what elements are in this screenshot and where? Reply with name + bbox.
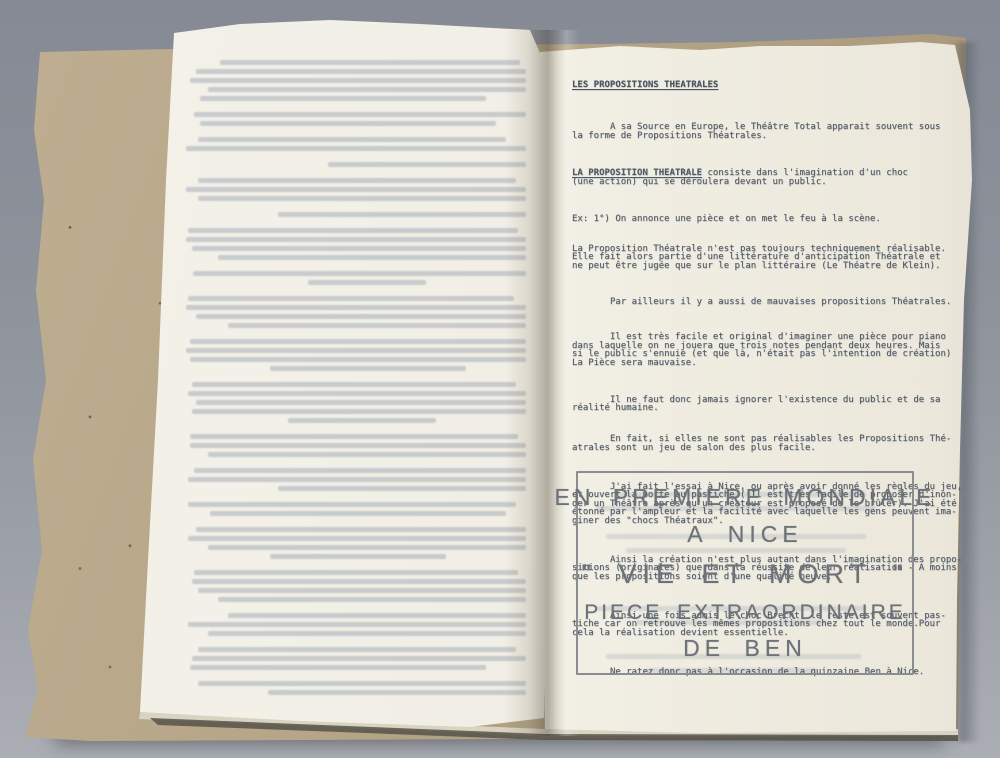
showthrough-line — [186, 348, 526, 353]
showthrough-line — [198, 178, 516, 183]
showthrough-line — [186, 237, 526, 242]
paragraph-proposition: LA PROPOSITION THEATRALE consiste dans l… — [572, 169, 970, 186]
announcement-line: DE BEN — [683, 635, 807, 662]
showthrough-line — [196, 69, 526, 74]
showthrough-line — [218, 255, 526, 260]
showthrough-line — [198, 137, 506, 142]
paragraph: La Proposition Théatrale n'est pas toujo… — [572, 245, 970, 271]
showthrough-line — [188, 502, 516, 507]
showthrough-line — [208, 452, 526, 457]
showthrough-line — [192, 246, 526, 251]
showthrough-line — [192, 382, 516, 387]
paragraph: Il est très facile et original d'imagine… — [572, 333, 970, 367]
announcement-line: PIECE EXTRAORDINAIRE — [584, 601, 906, 625]
showthrough-line — [270, 554, 446, 559]
showthrough-line — [270, 366, 466, 371]
showthrough-line — [190, 339, 526, 344]
showthrough-line — [190, 665, 486, 670]
paragraph: Il ne faut donc jamais ignorer l'existen… — [572, 396, 970, 413]
paragraph-intro: A sa Source en Europe, le Théâtre Total … — [572, 123, 970, 140]
showthrough-line — [188, 296, 514, 301]
showthrough-line — [198, 588, 526, 593]
showthrough-line — [190, 443, 526, 448]
showthrough-line — [188, 228, 518, 233]
showthrough-line — [188, 622, 526, 627]
showthrough-line — [186, 187, 526, 192]
showthrough-line — [193, 271, 526, 276]
showthrough-line — [200, 96, 486, 101]
showthrough-line — [190, 78, 526, 83]
showthrough-line — [220, 60, 520, 65]
showthrough-line — [198, 681, 526, 686]
paragraph: En fait, si elles ne sont pas réalisable… — [572, 435, 970, 452]
showthrough-line — [190, 357, 526, 362]
showthrough-line — [308, 280, 426, 285]
left-page-showthrough — [182, 52, 526, 712]
announcement-box: EN PREMIERE MONDIALE A NICE " VIE ET MOR… — [576, 471, 914, 675]
showthrough-line — [208, 631, 526, 636]
showthrough-line — [218, 597, 526, 602]
announcement-line: " VIE ET MORT " — [581, 559, 908, 590]
showthrough-line — [198, 196, 526, 201]
showthrough-line — [268, 690, 526, 695]
showthrough-line — [188, 477, 526, 482]
showthrough-line — [278, 486, 526, 491]
showthrough-line — [328, 162, 526, 167]
showthrough-line — [288, 418, 436, 423]
showthrough-line — [196, 314, 526, 319]
showthrough-line — [186, 146, 526, 151]
announcement-line: A NICE — [687, 521, 802, 548]
showthrough-line — [190, 434, 518, 439]
showthrough-line — [186, 305, 526, 310]
showthrough-line — [196, 400, 526, 405]
showthrough-line — [194, 112, 526, 117]
showthrough-line — [208, 87, 526, 92]
showthrough-line — [188, 536, 526, 541]
document-title: LES PROPOSITIONS THEATRALES — [572, 81, 970, 90]
showthrough-line — [278, 212, 526, 217]
announcement-line: EN PREMIERE MONDIALE — [555, 484, 936, 511]
showthrough-line — [210, 511, 506, 516]
paragraph-example: Ex: 1°) On annonce une pièce et on met l… — [572, 215, 970, 224]
showthrough-line — [188, 391, 526, 396]
showthrough-line — [192, 409, 526, 414]
showthrough-line — [194, 570, 518, 575]
showthrough-line — [200, 121, 496, 126]
photo-scene: LES PROPOSITIONS THEATRALES A sa Source … — [0, 0, 1000, 758]
showthrough-line — [192, 579, 526, 584]
showthrough-line — [194, 468, 526, 473]
showthrough-line — [228, 613, 526, 618]
paragraph: Par ailleurs il y a aussi de mauvaises p… — [572, 298, 970, 307]
showthrough-line — [208, 545, 526, 550]
showthrough-line — [228, 323, 526, 328]
showthrough-line — [198, 647, 516, 652]
showthrough-line — [192, 656, 526, 661]
showthrough-line — [196, 527, 526, 532]
